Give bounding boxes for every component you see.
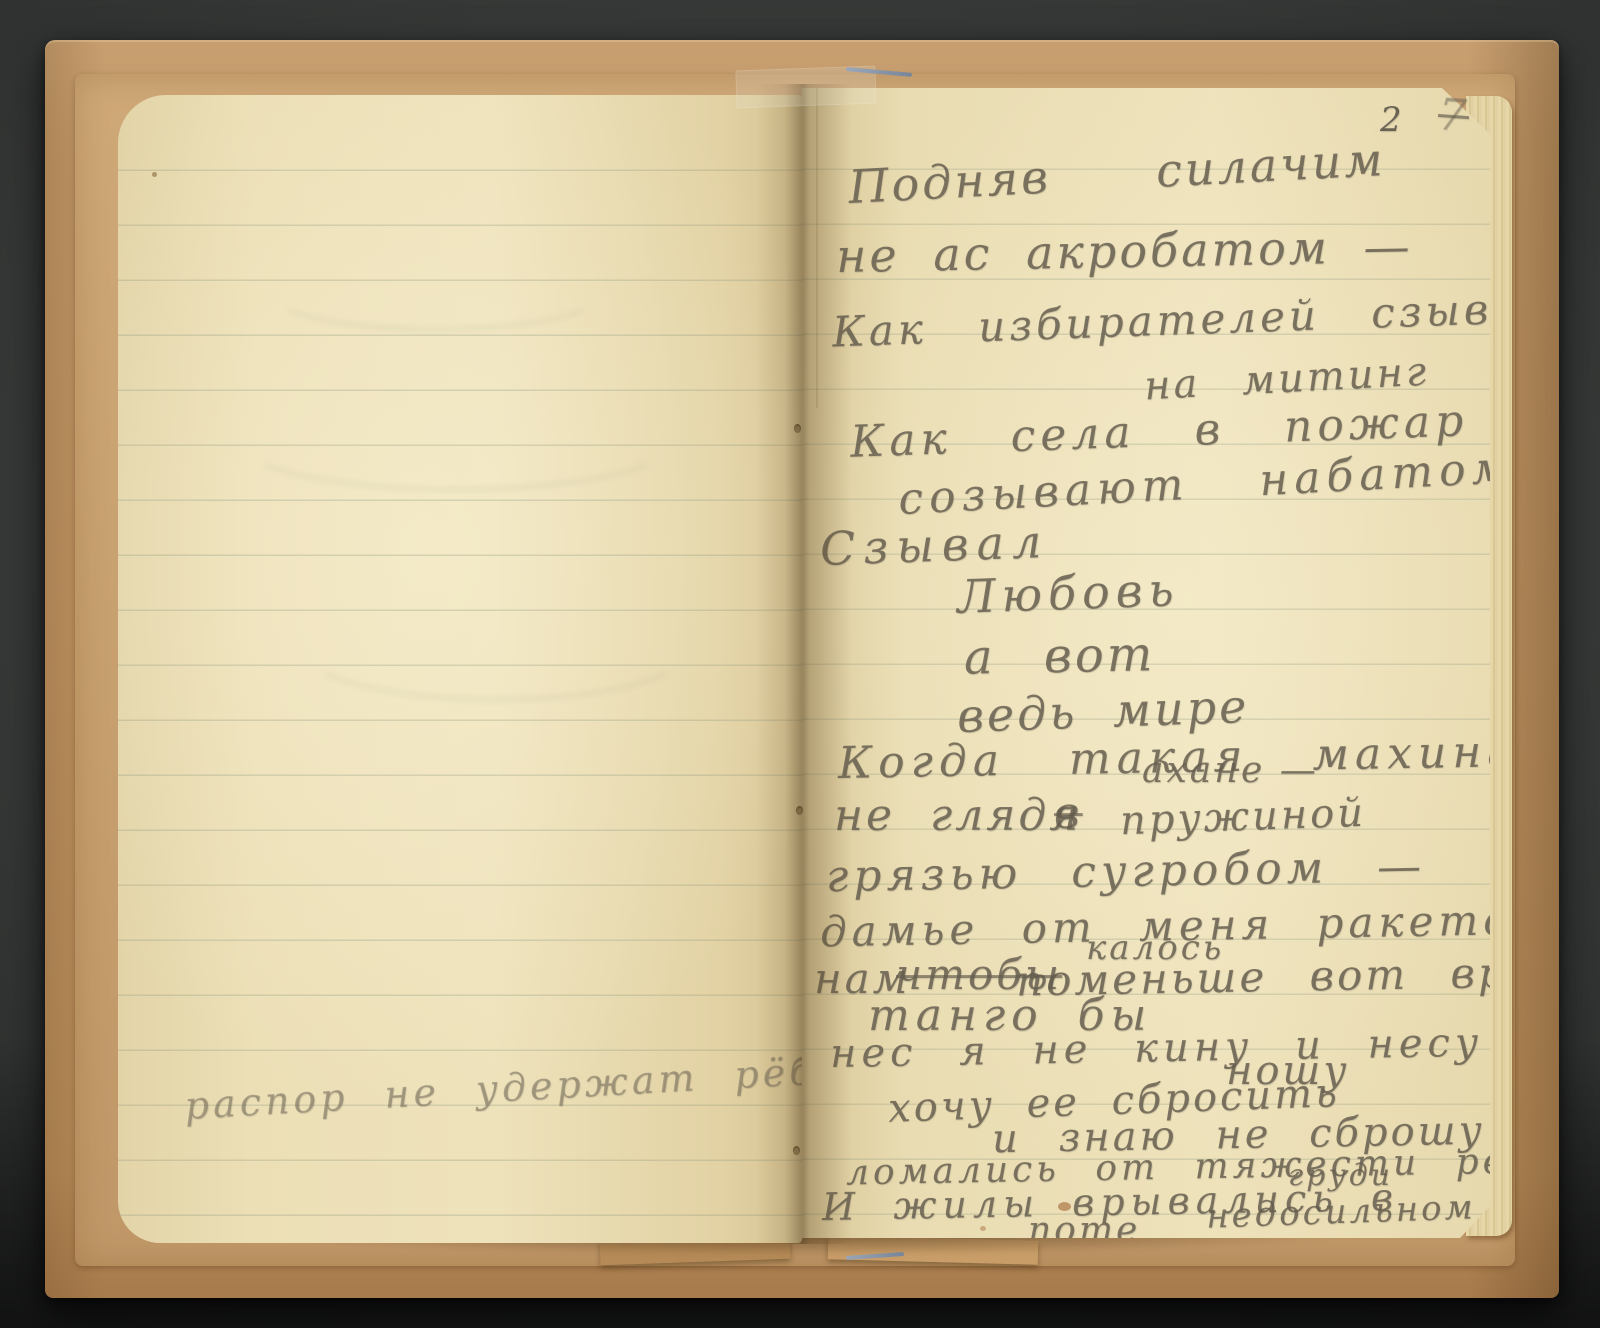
stitch-hole <box>796 806 803 815</box>
stitch-hole <box>793 1146 800 1155</box>
photo-background: распор не удержат рёбровы 2 7 Подняв сил… <box>0 0 1600 1328</box>
right-page <box>802 88 1490 1238</box>
stitch-hole <box>794 424 801 433</box>
left-page <box>118 95 802 1243</box>
